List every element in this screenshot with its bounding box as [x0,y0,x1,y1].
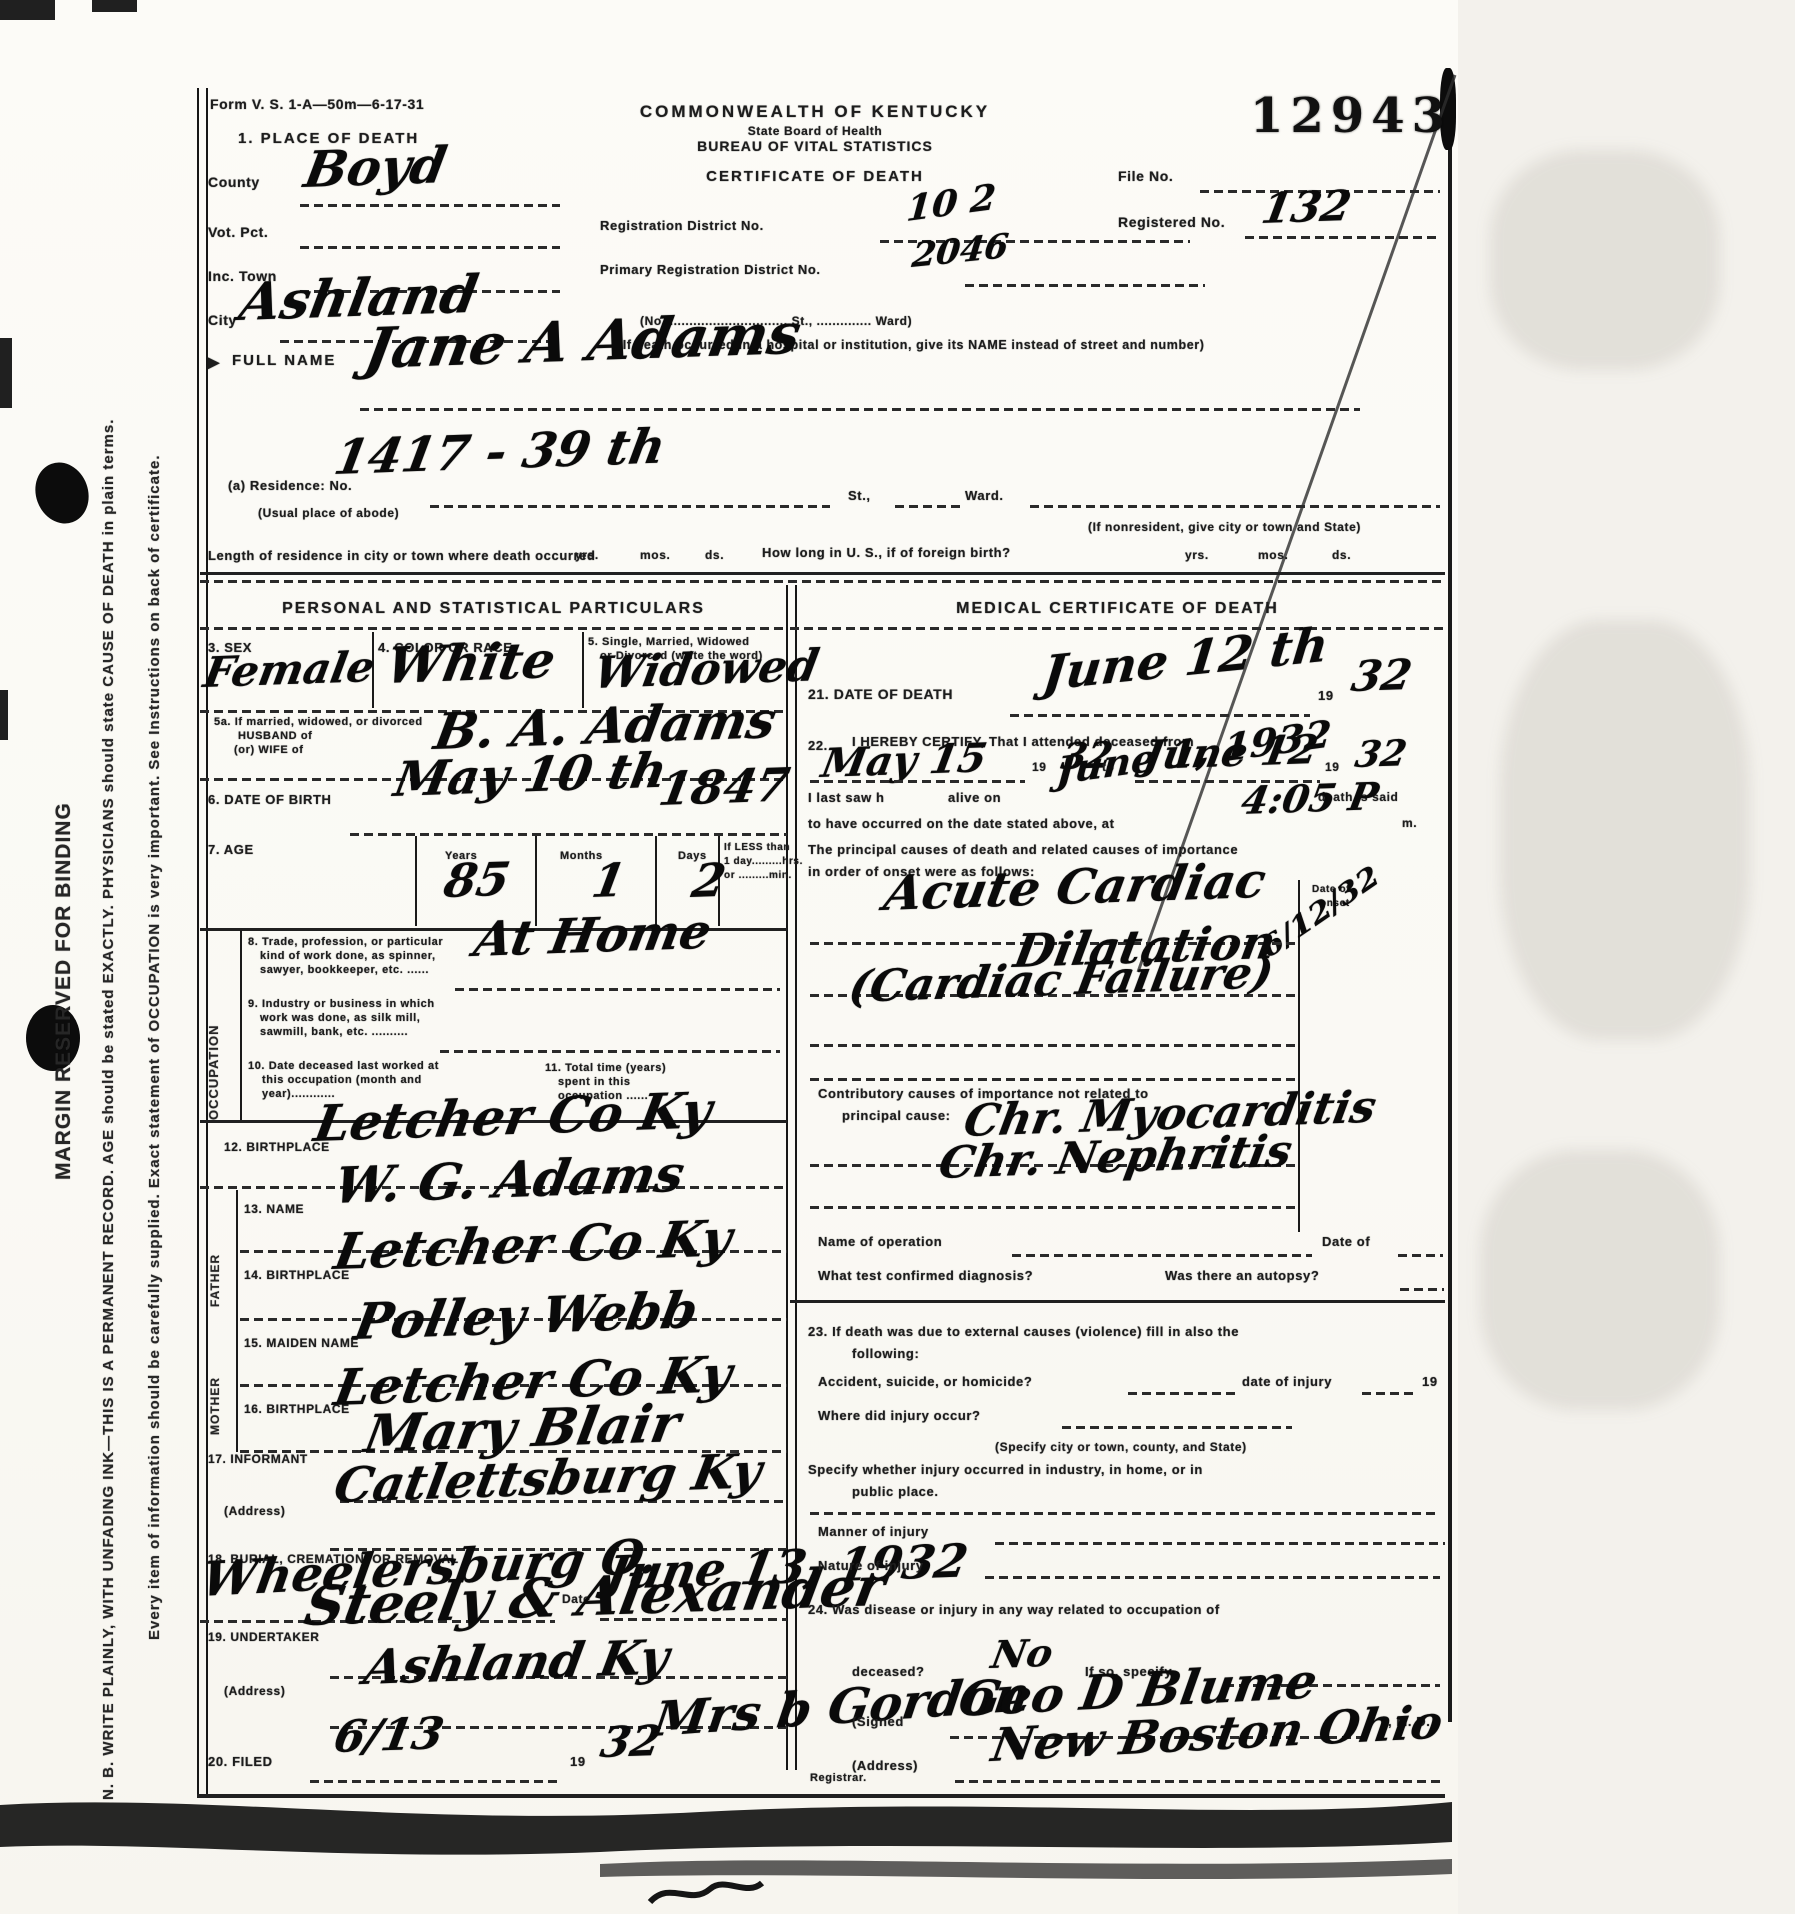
informant-address-label: (Address) [224,1504,285,1518]
how-long-label: How long in U. S., if of foreign birth? [762,545,1011,560]
item-24-text: 24. Was disease or injury in any way rel… [808,1602,1220,1617]
scanned-page: MARGIN RESERVED FOR BINDING N. B. WRITE … [0,0,1795,1914]
item-23-top-rule [790,1300,1445,1303]
registered-no-value: 132 [1258,181,1355,233]
marital-value: Widowed [590,640,823,699]
margin-note-inner: Every item of information should be care… [146,140,163,1640]
vot-pct-label: Vot. Pct. [208,224,268,240]
deceased-label: deceased? [852,1664,925,1679]
ward-label: Ward. [965,488,1004,503]
principal-text-1: The principal causes of death and relate… [808,842,1238,857]
age-less-2: 1 day.........hrs. [724,856,803,867]
where-rule [1062,1426,1292,1429]
registered-no-rule [1245,236,1440,239]
lastsaw-text-1: I last saw h [808,790,885,805]
race-value: White [382,630,560,695]
dod-label: 21. DATE OF DEATH [808,686,953,702]
certify-19b: 19 [1325,760,1340,774]
injury-date-rule [1362,1392,1417,1395]
maiden-value: Polley Webb [350,1280,702,1351]
filed-rule [310,1780,560,1783]
occ-8-label-2: kind of work done, as spinner, [260,950,436,962]
ds-label-2: ds. [1332,548,1351,562]
filed-year-prefix: 19 [570,1754,586,1769]
specify-note: (Specify city or town, county, and State… [995,1440,1247,1454]
where-label: Where did injury occur? [818,1408,981,1423]
county-value: Boyd [300,135,451,199]
title-board: State Board of Health [600,124,1030,138]
contributory-rule-2 [810,1206,1295,1209]
form-number: Form V. S. 1-A—50m—6-17-31 [210,96,424,112]
date-of-label: Date of [1322,1234,1370,1249]
time-of-death: 4:05 P [1238,773,1382,823]
certify-19a: 19 [1032,760,1047,774]
registered-no-label: Registered No. [1118,214,1225,230]
spouse-label-1: 5a. If married, widowed, or divorced [214,716,423,728]
margin-note-outer: N. B. WRITE PLAINLY, WITH UNFADING INK—T… [100,140,117,1800]
contributory-text-2: principal cause: [842,1108,951,1123]
length-label: Length of residence in city or town wher… [208,548,596,563]
occ-10-label-1: 10. Date deceased last worked at [248,1060,439,1072]
mother-vertical-label: MOTHER [208,1315,222,1435]
full-name-pointer-icon: ► [204,352,224,375]
mos-label-1: mos. [640,548,670,562]
manner-label: Manner of injury [818,1524,929,1539]
spouse-label-3: (or) WIFE of [234,744,304,756]
undertaker-address-label: (Address) [224,1684,285,1698]
filed-date-value: 6/13 [330,1708,448,1763]
dob-value: May 10 th [390,743,671,808]
city-label: City [208,312,237,328]
physician-address-label: (Address) [852,1758,918,1773]
bottom-scan-band-2 [600,1859,1452,1879]
operation-label: Name of operation [818,1234,942,1249]
occ-9-label-1: 9. Industry or business in which [248,998,435,1010]
nature-label: Nature of injury [818,1558,924,1573]
full-name-rule [360,408,1360,411]
undertaker-address-value: Ashland Ky [360,1630,673,1696]
autopsy-label: Was there an autopsy? [1165,1268,1319,1283]
occupation-vertical-label: OCCUPATION [206,935,221,1120]
date-of-rule [1398,1254,1443,1257]
st-rule [895,505,960,508]
occ-10-label-2: this occupation (month and [262,1074,422,1086]
occupation-inner-border [240,930,242,1120]
injury-19-label: 19 [1422,1374,1438,1389]
item-23-text-1: 23. If death was due to external causes … [808,1324,1239,1339]
accident-label: Accident, suicide, or homicide? [818,1374,1032,1389]
certificate-stamp-number: 12943 [1250,88,1452,144]
industry-text-1: Specify whether injury occurred in indus… [808,1462,1203,1477]
full-name-label: FULL NAME [232,352,336,369]
father-vertical-label: FATHER [208,1192,222,1307]
accident-rule [1128,1392,1236,1395]
m-label: m. [1402,816,1417,830]
dod-year-value: 32 [1348,650,1416,701]
reg-district-label: Registration District No. [600,218,764,233]
dod-year-prefix: 19 [1318,688,1334,703]
certify-32b: 32 [1352,732,1410,776]
yrs-label-2: yrs. [1185,548,1209,562]
occ-9-label-2: work was done, as silk mill, [260,1012,420,1024]
st-label: St., [848,488,871,503]
age-less-1: If LESS than [724,842,790,853]
manner-rule [995,1542,1445,1545]
occ-8-label-3: sawyer, bookkeeper, etc. ...... [260,964,429,976]
county-rule [300,204,560,207]
length-row-rule-2 [200,580,1445,583]
margin-binding-text: MARGIN RESERVED FOR BINDING [52,560,76,1180]
mos-label-2: mos. [1258,548,1288,562]
occ-9-rule [440,1050,780,1053]
occ-8-rule [455,988,780,991]
dod-rule [1010,714,1310,717]
death-certificate-scan: { "stamp": "12943", "margin": { "binding… [0,0,1795,1914]
parents-inner-border [236,1190,238,1452]
spouse-label-2: HUSBAND of [238,730,312,742]
occ-9-label-3: sawmill, bank, etc. .......... [260,1026,408,1038]
nonresident-note: (If nonresident, give city or town and S… [1088,520,1361,534]
industry-rule [810,1512,1440,1515]
length-row-rule [200,572,1445,575]
occ-8-value: At Home [470,904,716,968]
father-name-label: 13. NAME [244,1202,304,1216]
age-years-value: 85 [440,852,514,908]
residence-rule [430,505,830,508]
father-name-value: W. G. Adams [330,1144,689,1215]
residence-value: 1417 - 39 th [330,419,670,486]
autopsy-rule [1400,1288,1444,1291]
cause-rule-4 [810,1078,1295,1081]
injury-date-label: date of injury [1242,1374,1332,1389]
ds-label-1: ds. [705,548,724,562]
age-less-3: or .........min. [724,870,792,881]
county-label: County [208,174,260,190]
dob-year-value: 1847 [655,758,793,816]
section-header-medical: MEDICAL CERTIFICATE OF DEATH [790,600,1445,618]
registrar-label: Registrar. [810,1772,867,1784]
ward-rule [1030,505,1440,508]
lastsaw-text-2: alive on [948,790,1001,805]
primary-district-label: Primary Registration District No. [600,262,821,277]
medical-header-rule [790,627,1445,630]
occ-11-label-1: 11. Total time (years) [545,1062,666,1074]
operation-rule [1012,1254,1312,1257]
file-no-label: File No. [1118,168,1173,184]
yrs-label-1: yrs. [575,548,599,562]
form-bottom-rule [197,1794,1445,1798]
vot-pct-rule [300,246,560,249]
signed-label: (Signed [852,1714,904,1729]
nature-rule [985,1576,1440,1579]
item-23-text-2: following: [852,1346,919,1361]
primary-district-rule [965,284,1205,287]
sex-value: Female [200,642,378,697]
informant-label: 17. INFORMANT [208,1452,308,1466]
dob-label: 6. DATE OF BIRTH [208,792,331,807]
filed-label: 20. FILED [208,1754,273,1769]
title-commonwealth: COMMONWEALTH OF KENTUCKY [600,102,1030,122]
test-label: What test confirmed diagnosis? [818,1268,1033,1283]
cause-rule-3 [810,1044,1295,1047]
title-bureau: BUREAU OF VITAL STATISTICS [600,138,1030,154]
certify-from-rule [810,780,1025,783]
personal-header-rule [200,627,787,630]
industry-text-2: public place. [852,1484,939,1499]
occurred-text: to have occurred on the date stated abov… [808,816,1115,831]
abode-note: (Usual place of abode) [258,506,399,520]
occ-8-label-1: 8. Trade, profession, or particular [248,936,443,948]
maiden-label: 15. MAIDEN NAME [244,1336,359,1350]
bottom-ink-squiggle [650,1883,762,1902]
section-header-personal: PERSONAL AND STATISTICAL PARTICULARS [200,600,787,618]
physician-address-rule [955,1780,1440,1783]
bottom-scan-band [0,1802,1452,1855]
age-cell-border-1 [415,836,417,926]
age-label: 7. AGE [208,842,254,857]
